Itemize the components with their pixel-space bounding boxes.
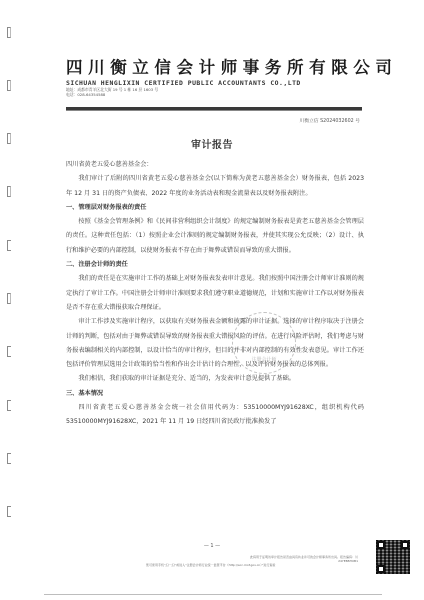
qr-finder-icon: [377, 565, 385, 573]
report-body: 四川省黄老五爱心慈善基金会： 我们审计了后附的四川省黄老五爱心慈善基金会(以下简…: [66, 158, 364, 430]
section-paragraph: 按照《基金会管理条例》和《民间非营利组织会计制度》的规定编制财务报表是黄老五慈善…: [66, 215, 364, 258]
letterhead: 四川衡立信会计师事务所有限公司 SICHUAN HENGLIXIN CERTIF…: [66, 58, 362, 97]
page-title: 审计报告: [0, 136, 424, 151]
page-edge-rule: [44, 594, 382, 595]
intro-paragraph: 我们审计了后附的四川省黄老五爱心慈善基金会(以下简称为黄老五慈善基金会）财务报表…: [66, 172, 364, 201]
binding-mark: [7, 27, 11, 38]
binding-mark: [7, 240, 11, 251]
binding-mark: [7, 453, 11, 464]
binding-mark: [7, 293, 11, 304]
addressee: 四川省黄老五爱心慈善基金会：: [66, 158, 364, 172]
verification-note: 此码用于证明该审计报告是否由具有执业许可的会计师事务所出具。报告编码：川24YE…: [236, 555, 358, 564]
page-number: — 1 —: [0, 543, 424, 549]
binding-mark: [7, 80, 11, 91]
section-heading-basic-info: 三、基本情况: [66, 387, 364, 401]
qr-finder-icon: [401, 541, 409, 549]
section-heading-management: 一、管理层对财务报表的责任: [66, 201, 364, 215]
firm-phone: 电话：028-64354588: [66, 92, 362, 97]
binding-mark: [7, 400, 11, 411]
seal-text: 注册会计师: [233, 356, 295, 363]
firm-name-cn: 四川衡立信会计师事务所有限公司: [66, 58, 362, 78]
binding-mark: [7, 506, 11, 517]
section-heading-auditor: 二、注册会计师的责任: [66, 258, 364, 272]
qr-code-icon[interactable]: [376, 540, 410, 574]
verification-instructions: 您可使用手机“扫一扫”或进入“注册会计师行业统一监管平台（http://acc.…: [146, 563, 275, 567]
firm-name-en: SICHUAN HENGLIXIN CERTIFIED PUBLIC ACCOU…: [66, 79, 362, 87]
section-paragraph: 我们相信，我们获取的审计证据是充分、适当的，为发表审计意见提供了基础。: [66, 372, 364, 386]
seal-stamp: 注册会计师: [232, 312, 296, 374]
binding-mark: [7, 186, 11, 197]
letterhead-rule: [66, 107, 362, 111]
section-paragraph: 审计工作涉及实施审计程序，以获取有关财务报表金额和披露的审计证据。选择的审计程序…: [66, 315, 364, 372]
binding-mark: [7, 346, 11, 357]
section-paragraph: 四川省黄老五爱心慈善基金会统一社会信用代码为：53510000MYJ91628X…: [66, 401, 364, 430]
document-number: 川衡立信 S2024032602 号: [299, 117, 360, 124]
qr-finder-icon: [377, 541, 385, 549]
section-paragraph: 我们的责任是在实施审计工作的基础上对财务报表发表审计意见。我们按照中国注册会计师…: [66, 272, 364, 315]
